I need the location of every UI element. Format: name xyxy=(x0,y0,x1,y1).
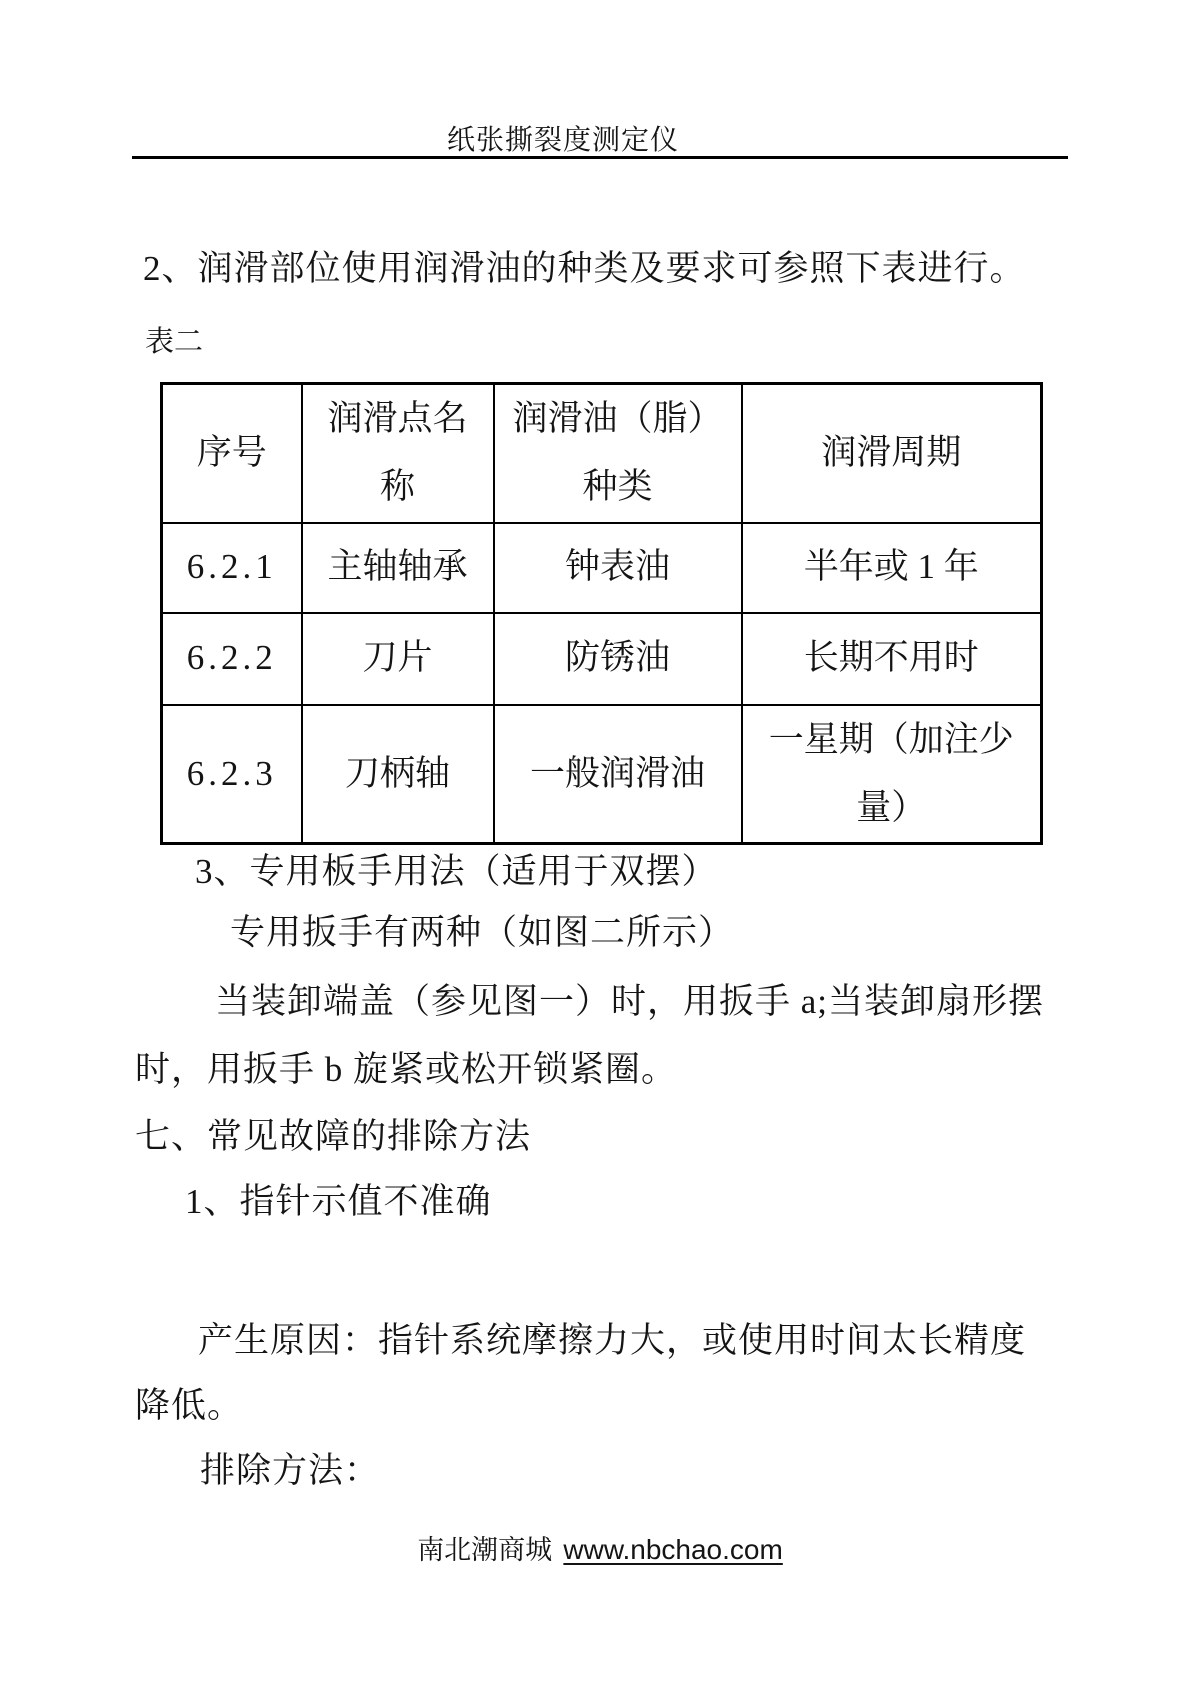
cell-cycle: 长期不用时 xyxy=(742,613,1042,705)
cause-line-1: 产生原因：指针系统摩擦力大，或使用时间太长精度 xyxy=(198,1322,1026,1361)
footer-site-name: 南北潮商城 xyxy=(417,1535,552,1565)
page-footer: 南北潮商城www.nbchao.com xyxy=(0,1528,1200,1567)
fix-method-label: 排除方法： xyxy=(200,1452,380,1491)
line-wrench-kinds: 专用扳手有两种（如图二所示） xyxy=(230,914,734,953)
paragraph-lubrication-types: 2、润滑部位使用润滑油的种类及要求可参照下表进行。 xyxy=(143,250,1026,289)
cell-serial: 6.2.2 xyxy=(162,613,302,705)
col-header-lube-point: 润滑点名 称 xyxy=(302,384,494,523)
heading-common-faults: 七、常见故障的排除方法 xyxy=(135,1118,531,1157)
line-disassemble-2: 时，用扳手 b 旋紧或松开锁紧圈。 xyxy=(135,1051,677,1090)
footer-site-link[interactable]: www.nbchao.com xyxy=(563,1534,782,1565)
cell-serial: 6.2.1 xyxy=(162,523,302,613)
cell-lube-point: 刀柄轴 xyxy=(302,705,494,844)
col-header-oil-type: 润滑油（脂） 种类 xyxy=(494,384,742,523)
lubrication-table: 序号 润滑点名 称 润滑油（脂） 种类 润滑周期 6.2.1 主轴轴承 钟表油 … xyxy=(160,382,1043,845)
table-row: 6.2.3 刀柄轴 一般润滑油 一星期（加注少 量） xyxy=(162,705,1042,844)
line-wrench-usage: 3、专用板手用法（适用于双摆） xyxy=(195,853,718,892)
col-header-serial: 序号 xyxy=(162,384,302,523)
table-header-row: 序号 润滑点名 称 润滑油（脂） 种类 润滑周期 xyxy=(162,384,1042,523)
line-disassemble-1: 当装卸端盖（参见图一）时，用扳手 a;当装卸扇形摆 xyxy=(215,983,1044,1022)
item-pointer-inaccurate: 1、指针示值不准确 xyxy=(185,1183,492,1222)
header-rule xyxy=(132,156,1068,159)
cell-cycle: 半年或 1 年 xyxy=(742,523,1042,613)
cell-oil-type: 一般润滑油 xyxy=(494,705,742,844)
cell-lube-point: 刀片 xyxy=(302,613,494,705)
cell-lube-point: 主轴轴承 xyxy=(302,523,494,613)
table-row: 6.2.1 主轴轴承 钟表油 半年或 1 年 xyxy=(162,523,1042,613)
table-row: 6.2.2 刀片 防锈油 长期不用时 xyxy=(162,613,1042,705)
cell-cycle: 一星期（加注少 量） xyxy=(742,705,1042,844)
cell-serial: 6.2.3 xyxy=(162,705,302,844)
col-header-cycle: 润滑周期 xyxy=(742,384,1042,523)
cause-line-2: 降低。 xyxy=(135,1387,243,1426)
table-caption: 表二 xyxy=(145,327,203,359)
page-header-title: 纸张撕裂度测定仪 xyxy=(0,118,1126,158)
cell-oil-type: 防锈油 xyxy=(494,613,742,705)
document-page: 纸张撕裂度测定仪 2、润滑部位使用润滑油的种类及要求可参照下表进行。 表二 序号… xyxy=(0,0,1200,1702)
cell-oil-type: 钟表油 xyxy=(494,523,742,613)
